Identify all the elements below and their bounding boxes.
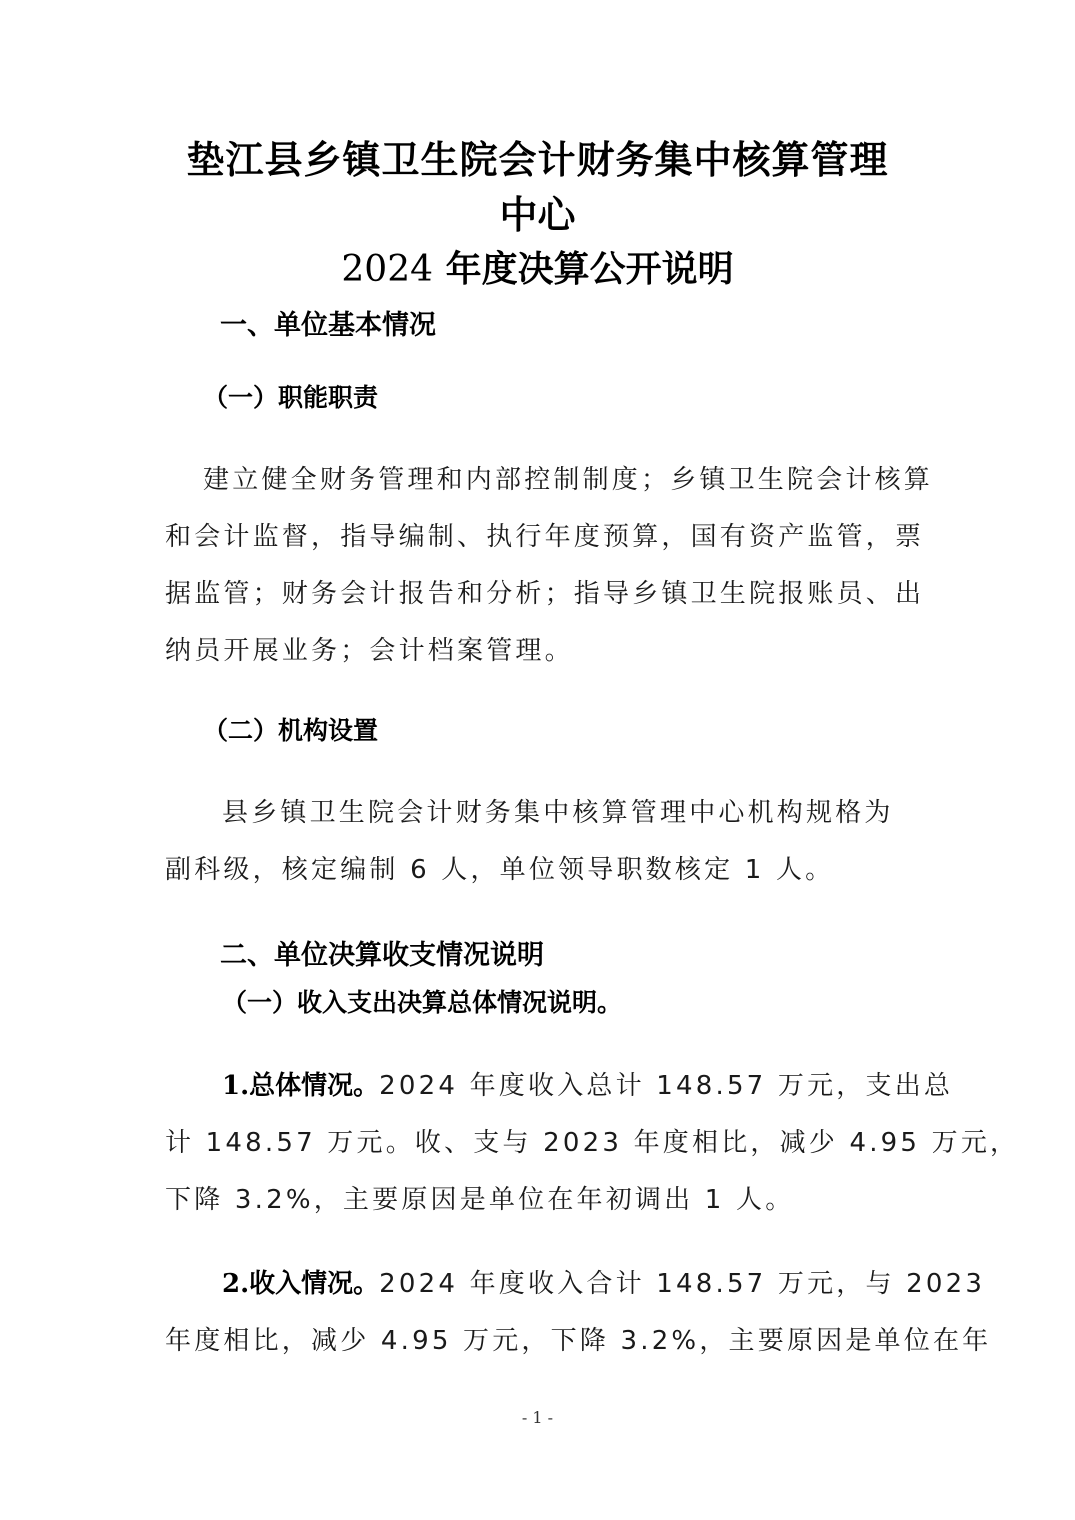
paragraph-line: 计 148.57 万元。收、支与 2023 年度相比，减少 4.95 万元，	[165, 1125, 1019, 1161]
section-1-1-heading: （一）职能职责	[203, 381, 378, 415]
paragraph-line: 建立健全财务管理和内部控制制度；乡镇卫生院会计核算	[203, 462, 933, 498]
paragraph-line: 县乡镇卫生院会计财务集中核算管理中心机构规格为	[222, 795, 894, 831]
section-2-heading: 二、单位决算收支情况说明	[220, 938, 544, 974]
paragraph-line: 纳员开展业务；会计档案管理。	[165, 633, 574, 669]
paragraph-line: 副科级，核定编制 6 人，单位领导职数核定 1 人。	[165, 852, 834, 888]
paragraph-line: 和会计监督，指导编制、执行年度预算，国有资产监管，票	[165, 519, 924, 555]
section-1-2-heading: （二）机构设置	[203, 714, 378, 748]
paragraph-line: 下降 3.2%，主要原因是单位在年初调出 1 人。	[165, 1182, 794, 1218]
paragraph-line: 据监管；财务会计报告和分析；指导乡镇卫生院报账员、出	[165, 576, 924, 612]
title-rest: 年度决算公开说明	[433, 248, 734, 290]
document-page: 垫江县乡镇卫生院会计财务集中核算管理 中心 2024 年度决算公开说明 一、单位…	[0, 0, 1075, 1520]
item-1-text: 2024 年度收入总计 148.57 万元，支出总	[379, 1071, 953, 1101]
item-2-text: 2024 年度收入合计 148.57 万元，与 2023	[379, 1269, 985, 1299]
document-title-line-3: 2024 年度决算公开说明	[0, 244, 1075, 295]
paragraph-line: 1.总体情况。2024 年度收入总计 148.57 万元，支出总	[222, 1068, 953, 1104]
document-title-line-1: 垫江县乡镇卫生院会计财务集中核算管理	[0, 135, 1075, 185]
section-2-1-heading: （一）收入支出决算总体情况说明。	[222, 986, 622, 1020]
title-year: 2024	[341, 249, 433, 290]
paragraph-line: 2.收入情况。2024 年度收入合计 148.57 万元，与 2023	[222, 1266, 985, 1302]
item-2-lead: 2.收入情况。	[222, 1269, 379, 1299]
document-title-line-2: 中心	[0, 190, 1075, 240]
item-1-lead: 1.总体情况。	[222, 1071, 379, 1101]
paragraph-line: 年度相比，减少 4.95 万元，下降 3.2%，主要原因是单位在年	[165, 1323, 991, 1359]
page-number: - 1 -	[0, 1408, 1075, 1427]
section-1-heading: 一、单位基本情况	[220, 308, 436, 344]
